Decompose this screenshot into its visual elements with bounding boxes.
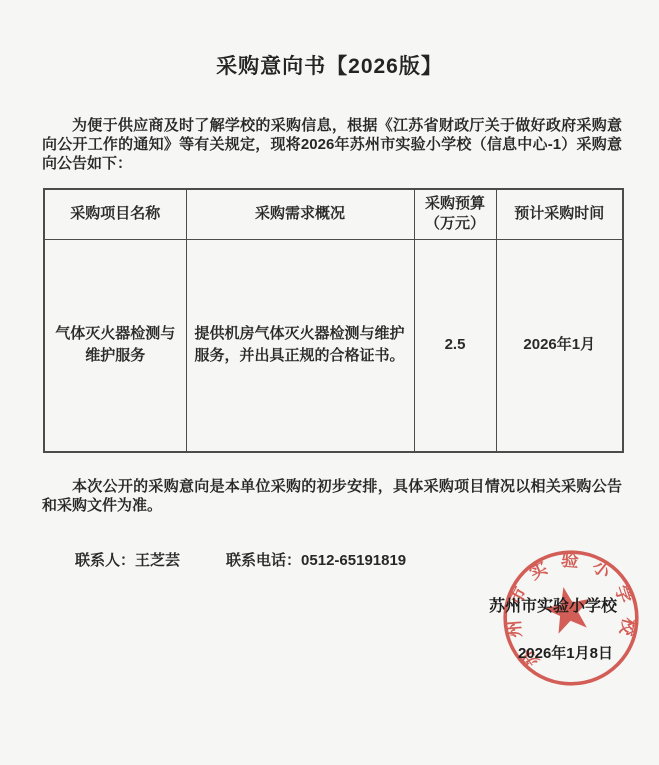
cell-expected-time: 2026年1月 [496, 239, 623, 452]
contact-person-value: 王芝芸 [135, 552, 180, 569]
intro-paragraph: 为便于供应商及时了解学校的采购信息，根据《江苏省财政厅关于做好政府采购意向公开工… [42, 116, 622, 173]
header-budget: 采购预算（万元） [414, 189, 496, 239]
contact-line: 联系人：王芝芸联系电话：0512-65191819 [75, 549, 406, 570]
contact-phone-label: 联系电话： [226, 552, 301, 569]
seal-graphic: 苏州市实验小学校 [486, 533, 657, 704]
header-requirement: 采购需求概况 [186, 189, 414, 239]
header-project-name: 采购项目名称 [44, 189, 186, 239]
signature-org: 苏州市实验小学校 [0, 593, 617, 616]
cell-requirement: 提供机房气体灭火器检测与维护服务，并出具正规的合格证书。 [186, 239, 414, 452]
document-title: 采购意向书【2026版】 [0, 50, 659, 80]
document-page: 采购意向书【2026版】 为便于供应商及时了解学校的采购信息，根据《江苏省财政厅… [0, 0, 659, 765]
cell-project-name: 气体灭火器检测与维护服务 [44, 239, 186, 452]
procurement-table: 采购项目名称 采购需求概况 采购预算（万元） 预计采购时间 气体灭火器检测与维护… [43, 188, 624, 453]
official-seal-stamp: 苏州市实验小学校 [486, 533, 657, 704]
contact-phone-value: 0512-65191819 [301, 552, 406, 569]
signature-date: 2026年1月8日 [0, 642, 613, 663]
closing-paragraph: 本次公开的采购意向是本单位采购的初步安排，具体采购项目情况以相关采购公告和采购文… [42, 477, 622, 515]
header-expected-time: 预计采购时间 [496, 189, 623, 239]
table-row: 气体灭火器检测与维护服务 提供机房气体灭火器检测与维护服务，并出具正规的合格证书… [44, 239, 623, 452]
table-header-row: 采购项目名称 采购需求概况 采购预算（万元） 预计采购时间 [44, 189, 623, 239]
contact-person-label: 联系人： [75, 552, 135, 569]
cell-budget: 2.5 [414, 239, 496, 452]
